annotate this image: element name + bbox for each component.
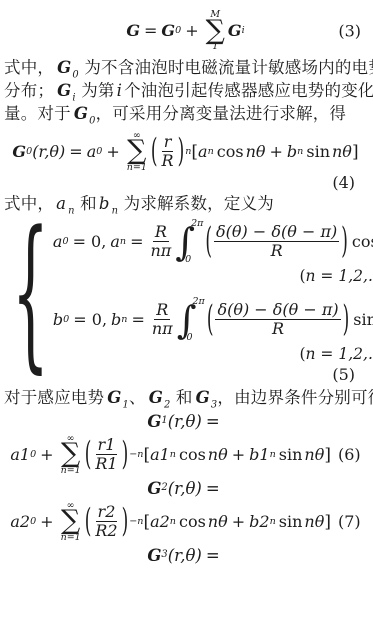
integral: ∫ 2π 0 [177, 297, 205, 343]
paragraph-line: 分布；Gi 为第i个油泡引起传感器感应电势的变化 [4, 79, 367, 102]
equals-sign: = [130, 232, 143, 251]
var-b2n: b2 [249, 512, 269, 531]
var-i: i [117, 81, 122, 100]
plus-sign: + [40, 445, 53, 464]
sin-function: sin [279, 512, 303, 531]
text-segment: 、 [129, 388, 146, 407]
equation-number-4: (4) [4, 173, 367, 192]
sum-icon: ∑ [127, 140, 146, 163]
left-bracket: [ [143, 445, 150, 465]
left-bracket: [ [191, 142, 198, 162]
var-G1: G [147, 412, 161, 431]
fraction-r-over-R: r R [160, 133, 176, 171]
equation-number-7: (7) [338, 512, 361, 531]
function-args: (r,θ) [168, 479, 202, 498]
cos-function: cos [352, 232, 373, 251]
var-G3: G [196, 388, 210, 407]
text-segment: 量。对于 [4, 104, 71, 123]
var-ntheta: nθ [332, 142, 352, 161]
equals-zero: = 0, [73, 310, 107, 329]
fraction-R-over-npi: R nπ [148, 223, 173, 261]
sum-lower-limit: n=1 [61, 533, 81, 543]
var-an: a [56, 194, 66, 213]
equation-5-system: { a0 = 0, an = R nπ ∫ 2π 0 ( [12, 219, 367, 365]
var-Gi: G [57, 81, 71, 100]
equation-3: G = G0 + M ∑ 1 Gi (3) [4, 10, 367, 52]
text-segment: 为不含油泡时电磁流量计敏感场内的电势 [84, 58, 373, 77]
text-segment: 为第 [81, 81, 114, 100]
var-an: a [198, 142, 208, 161]
equation-number-3: (3) [338, 21, 361, 40]
right-paren: ) [122, 436, 129, 474]
fraction-denominator: R1 [93, 455, 119, 473]
equals-sign: = [69, 142, 82, 161]
equation-number-5: (5) [4, 365, 367, 384]
sum-lower-limit: 1 [212, 42, 218, 52]
var-G2: G [147, 479, 161, 498]
paragraph-line: 式中，G0 为不含油泡时电磁流量计敏感场内的电势 [4, 56, 367, 79]
var-ntheta: nθ [208, 445, 228, 464]
integral: ∫ 2π 0 [175, 219, 203, 265]
cos-function: cos [179, 445, 206, 464]
var-a2-0: a2 [10, 512, 30, 531]
var-G2: G [149, 388, 163, 407]
text-segment: 式中， [4, 58, 54, 77]
fraction-delta: δ(θ) − δ(θ − π) R [215, 301, 340, 339]
fraction-r2-over-R2: r2 R2 [93, 503, 119, 541]
fraction-denominator: R [160, 152, 176, 170]
right-paren: ) [341, 221, 348, 263]
system-column: a0 = 0, an = R nπ ∫ 2π 0 ( δ(θ) − δ(θ [53, 219, 373, 365]
sum-icon: ∑ [61, 443, 80, 466]
var-G1: G [107, 388, 121, 407]
fraction-numerator: R [154, 301, 170, 320]
right-paren: ) [178, 133, 185, 171]
fraction-numerator: δ(θ) − δ(θ − π) [214, 223, 339, 242]
text-segment: 个油泡引起传感器感应电势的变化 [124, 81, 373, 100]
paragraph-line: 对于感应电势G1、G2 和G3，由边界条件分别可得 [4, 386, 367, 409]
text-segment: 分布； [4, 81, 54, 100]
function-args: (r,θ) [168, 412, 202, 431]
text-segment: ，由边界条件分别可得 [217, 388, 373, 407]
left-paren: ( [205, 221, 212, 263]
fraction-denominator: nπ [150, 320, 175, 338]
sin-function: sin [353, 310, 373, 329]
equation-6-head: G1(r,θ) = [4, 412, 367, 431]
sum-lower-limit: n=1 [61, 466, 81, 476]
fraction-numerator: r2 [96, 503, 118, 522]
text-segment: 对于感应电势 [4, 388, 104, 407]
var-G0: G [161, 21, 175, 40]
equation-4: G0(r,θ) = a0 + ∞ ∑ n=1 ( r R )n [ an cos… [4, 131, 367, 173]
equals-sign: = [206, 479, 220, 498]
summation: ∞ ∑ n=1 [127, 131, 147, 173]
var-G: G [126, 21, 140, 40]
equals-sign: = [206, 546, 220, 565]
paragraph-line: 量。对于G0，可采用分离变量法进行求解，得 [4, 102, 367, 125]
text-segment: 和 [80, 194, 97, 213]
right-paren: ) [343, 299, 350, 341]
left-bracket: [ [143, 512, 150, 532]
fraction-numerator: r [162, 133, 174, 152]
var-an: a [110, 232, 120, 251]
fraction-denominator: nπ [148, 242, 173, 260]
plus-sign: + [232, 445, 245, 464]
function-args: (r,θ) [168, 546, 202, 565]
cos-function: cos [179, 512, 206, 531]
plus-sign: + [185, 21, 198, 40]
equals-sign: = [131, 310, 144, 329]
sin-function: sin [306, 142, 330, 161]
subscript-n: n [112, 205, 119, 216]
right-bracket: ] [352, 142, 359, 162]
right-paren: ) [122, 503, 129, 541]
cos-function: cos [217, 142, 244, 161]
var-ntheta: nθ [246, 142, 266, 161]
var-ntheta: nθ [304, 512, 324, 531]
var-G3: G [147, 546, 161, 565]
fraction-numerator: R [153, 223, 169, 242]
var-bn: b [287, 142, 297, 161]
sum-lower-limit: n=1 [127, 163, 147, 173]
right-bracket: ] [324, 445, 331, 465]
integral-lower-limit: 0 [185, 255, 203, 265]
var-bn: b [99, 194, 110, 213]
var-b1n: b1 [249, 445, 269, 464]
paper-page: G = G0 + M ∑ 1 Gi (3) 式中，G0 为不含油泡时电磁流量计敏… [0, 0, 373, 620]
fraction-denominator: R [270, 320, 286, 338]
sin-function: sin [279, 445, 303, 464]
text-segment: 为求解系数，定义为 [124, 194, 274, 213]
spacer [53, 287, 373, 297]
fraction-numerator: r1 [96, 436, 118, 455]
fraction-numerator: δ(θ) − δ(θ − π) [215, 301, 340, 320]
var-a0: a [53, 232, 63, 251]
var-bn: b [111, 310, 121, 329]
fraction-denominator: R2 [93, 522, 119, 540]
integral-upper-limit: 2π [193, 297, 205, 307]
integral-upper-limit: 2π [191, 219, 203, 229]
equation-5a: a0 = 0, an = R nπ ∫ 2π 0 ( δ(θ) − δ(θ [53, 219, 373, 265]
condition-5b: (n = 1,2,…) [53, 345, 373, 363]
condition-5a: (n = 1,2,…) [53, 267, 373, 285]
condition-text: n = 1,2,… [306, 345, 373, 363]
var-Gi: G [228, 21, 242, 40]
equation-7-head: G2(r,θ) = [4, 479, 367, 498]
equation-number-6: (6) [338, 445, 361, 464]
plus-sign: + [270, 142, 283, 161]
condition-text: n = 1,2,… [306, 267, 373, 285]
summation: M ∑ 1 [206, 10, 225, 52]
left-paren: ( [151, 133, 158, 171]
paragraph-line: 式中，an 和bn 为求解系数，定义为 [4, 192, 367, 215]
equation-7: a20 + ∞ ∑ n=1 ( r2 R2 )−n [ a2n cosnθ + … [4, 501, 367, 543]
var-G0: G [57, 58, 71, 77]
fraction-denominator: R [269, 242, 285, 260]
plus-sign: + [232, 512, 245, 531]
text-segment: 和 [176, 388, 193, 407]
equation-5b: b0 = 0, bn = R nπ ∫ 2π 0 ( δ(θ) − δ(θ [53, 297, 373, 343]
equation-8-head: G3(r,θ) = [4, 546, 367, 565]
var-a1n: a1 [150, 445, 170, 464]
var-G0: G [74, 104, 88, 123]
var-ntheta: nθ [208, 512, 228, 531]
var-b0: b [53, 310, 63, 329]
var-G0: G [12, 142, 26, 161]
fraction-r1-over-R1: r1 R1 [93, 436, 119, 474]
fraction-R-over-npi: R nπ [150, 301, 175, 339]
integral-limits: 2π 0 [191, 219, 203, 265]
left-brace: { [12, 209, 49, 374]
fraction-delta: δ(θ) − δ(θ − π) R [214, 223, 339, 261]
integral-lower-limit: 0 [187, 333, 205, 343]
equals-sign: = [206, 412, 220, 431]
function-args: (r,θ) [32, 142, 65, 161]
var-a2n: a2 [150, 512, 170, 531]
text-segment: ，可采用分离变量法进行求解，得 [96, 104, 347, 123]
equals-sign: = [144, 21, 157, 40]
var-ntheta: nθ [304, 445, 324, 464]
sum-icon: ∑ [61, 510, 80, 533]
plus-sign: + [106, 142, 119, 161]
subscript-2: 2 [164, 399, 170, 410]
equation-6: a10 + ∞ ∑ n=1 ( r1 R1 )−n [ a1n cosnθ + … [4, 434, 367, 476]
subscript-n: n [68, 205, 75, 216]
left-paren: ( [85, 436, 92, 474]
left-paren: ( [207, 299, 214, 341]
plus-sign: + [40, 512, 53, 531]
integral-limits: 2π 0 [193, 297, 205, 343]
summation: ∞ ∑ n=1 [61, 434, 81, 476]
summation: ∞ ∑ n=1 [61, 501, 81, 543]
equals-zero: = 0, [73, 232, 107, 251]
sum-icon: ∑ [206, 20, 225, 43]
var-a1-0: a1 [10, 445, 30, 464]
left-paren: ( [85, 503, 92, 541]
right-bracket: ] [324, 512, 331, 532]
var-a0: a [87, 142, 97, 161]
